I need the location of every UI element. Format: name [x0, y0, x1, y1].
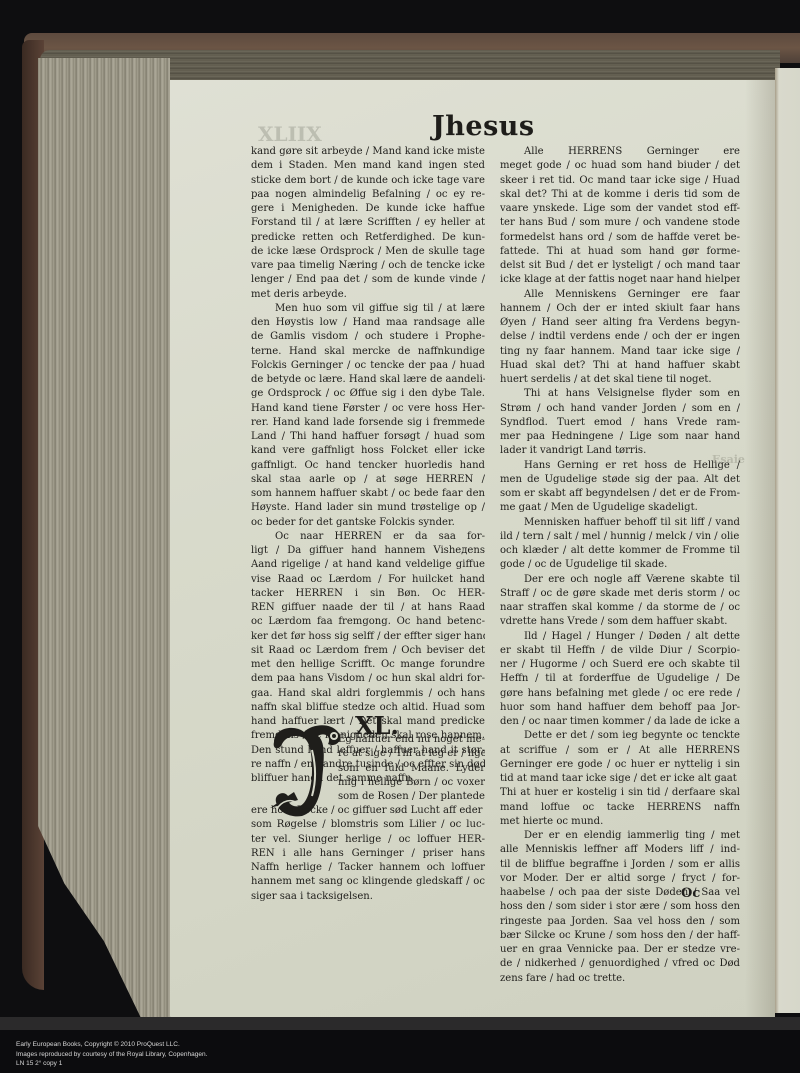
text-line: ter vel. Siunger herlige / oc loffuer HE…: [251, 833, 485, 847]
text-line: gode / oc de Ugudelige til skade.: [500, 558, 740, 572]
text-line: Aand rigelige / at hand kand veldelige g…: [251, 558, 485, 572]
text-line: och klæder / alt dette kommer de Fromme …: [500, 544, 740, 558]
text-line: predicke retten och Retferdighed. De kun…: [251, 231, 485, 245]
text-line: Thi at huer er kostelig i sin tid / derf…: [500, 786, 740, 800]
text-line: tid at mand taar icke sige / det er icke…: [500, 772, 740, 786]
text-line: kand vere gaffnligt hoss Folcket eller i…: [251, 444, 485, 458]
text-line: skeer i ret tid. Oc mand taar icke sige …: [500, 174, 740, 188]
text-line: skal staa aarle op / at søge HERREN /: [251, 473, 485, 487]
text-line: formedelst hans ord / som de haffde vere…: [500, 231, 740, 245]
text-line: Land / Thi hand haffuer forsøgt / huad s…: [251, 430, 485, 444]
text-line: lenger / End paa det / som de kunde vind…: [251, 273, 485, 287]
text-line: de icke læse Ordsprock / Men de skulle t…: [251, 245, 485, 259]
text-line: alle Menniskis leffner aff Moders liff /…: [500, 843, 740, 857]
text-line: huert serdelis / at det skal tiene til n…: [500, 373, 740, 387]
catchword: Oc: [681, 886, 700, 901]
left-text-column: kand gøre sit arbeyde / Mand kand icke m…: [251, 145, 485, 786]
running-title: Jhesus: [432, 111, 535, 142]
text-line: som de Rosen / Der plantede: [338, 790, 485, 804]
right-text-column: Alle HERRENS Gerninger eremeget gode / o…: [500, 145, 740, 986]
text-line: Oc naar HERREN er da saa for-: [251, 530, 485, 544]
text-line: Hans Gerning er ret hoss de Hellige /: [500, 459, 740, 473]
text-line: uer en graa Vennicke paa. Der er stedze …: [500, 943, 740, 957]
text-line: Syndflod. Tuert emod / hans Vrede ram-: [500, 416, 740, 430]
text-line: mand loffue oc tacke HERRENS naffn: [500, 801, 740, 815]
text-line: ter hans Bud / som mure / och vandene st…: [500, 216, 740, 230]
text-line: sticke dem bort / de kunde och icke tage…: [251, 174, 485, 188]
text-line: gaffnligt. Oc hand tencker huorledis han…: [251, 459, 485, 473]
text-line: paa nogen almindelig Befalning / oc ey r…: [251, 188, 485, 202]
text-line: Thi at hans Velsignelse flyder som en: [500, 387, 740, 401]
facing-page-edge: [775, 68, 800, 1013]
text-line: REN giffuer naade der til / at hans Raad: [251, 601, 485, 615]
text-line: Ild / Hagel / Hunger / Døden / alt dette: [500, 630, 740, 644]
text-line: er skabt til Heffn / de vilde Diur / Sco…: [500, 644, 740, 658]
text-line: Heffn / til at forderffue de Ugudelige /…: [500, 672, 740, 686]
text-line: Der ere och nogle aff Værene skabte til: [500, 573, 740, 587]
scan-bottom-bar: [0, 1017, 800, 1030]
text-line: Folckis Gerninger / oc tencke der paa / …: [251, 359, 485, 373]
text-line: dem i Staden. Men mand kand ingen sted: [251, 159, 485, 173]
text-line: vare paa timelig Næring / och de tencke …: [251, 259, 485, 273]
text-line: de betyde oc lære. Hand skal lære de aan…: [251, 373, 485, 387]
show-through-folio: XLIIX: [258, 122, 322, 146]
text-line: ker det før hoss sig selff / der effter …: [251, 630, 485, 644]
text-line: met den hellige Scrifft. Oc mange forund…: [251, 658, 485, 672]
text-line: som Røgelse / blomstris som Lilier / oc …: [251, 818, 485, 832]
text-line: re at sige / Thi at ieg er / lige: [338, 747, 485, 761]
scanned-book-image: XLIIX Esaie Jhesus kand gøre sit arbeyde…: [0, 0, 800, 1030]
text-line: Men huo som vil giffue sig til / at lære: [251, 302, 485, 316]
text-line: bær Silcke oc Krune / som hoss den / der…: [500, 929, 740, 943]
text-line: fattede. Thi at huad som hand gør forme-: [500, 245, 740, 259]
footer-shelfmark: LN 15 2° copy 1: [16, 1059, 207, 1069]
text-line: mig i hellige Børn / oc voxer: [338, 776, 485, 790]
text-line: tacker HERREN i sin Bøn. Oc HER-: [251, 587, 485, 601]
text-line: met deris arbeyde.: [251, 288, 485, 302]
text-line: kand gøre sit arbeyde / Mand kand icke m…: [251, 145, 485, 159]
text-line: vdrette hans Vrede / som dem haffuer ska…: [500, 615, 740, 629]
text-line: oc Lærdom faa fremgong. Oc hand betenc-: [251, 615, 485, 629]
text-line: vaare ynskede. Lige som der vandet stod …: [500, 202, 740, 216]
text-line: delst sit Bud / det er lysteligt / och m…: [500, 259, 740, 273]
text-line: siger saa i tacksigelsen.: [251, 890, 485, 904]
text-line: REN i alle hans Gerninger / priser hans: [251, 847, 485, 861]
text-line: ner / Hugorme / och Suerd ere och skabte…: [500, 658, 740, 672]
text-line: mer paa Hedningene / Lige som naar hand: [500, 430, 740, 444]
text-line: ligt / Da giffuer hand hannem Visheдens: [251, 544, 485, 558]
text-line: men de Ugudelige støde sig der paa. Alt …: [500, 473, 740, 487]
text-line: den Høystis low / Hand maa randsage alle: [251, 316, 485, 330]
text-line: dem paa hans Visdom / oc hun skal aldri …: [251, 672, 485, 686]
text-line: at scriffue / som er / At alle HERRENS: [500, 744, 740, 758]
text-line: delse / indtil verdens ende / och der er…: [500, 330, 740, 344]
text-line: Menniskеn haffuer behoff til sit liff / …: [500, 516, 740, 530]
text-line: skal det? Thi at de komme i deris tid so…: [500, 188, 740, 202]
text-line: terne. Hand skal mercke de naffnkundige: [251, 345, 485, 359]
text-line: Øyen / Hand seer alting fra Verdens begy…: [500, 316, 740, 330]
text-line: met hierte oc mund.: [500, 815, 740, 829]
text-line: Der er en elendig iammerlig ting / met: [500, 829, 740, 843]
text-line: huor som hand haffuer dem behoff paa Jor…: [500, 701, 740, 715]
text-line: gere i Menigheden. De kunde icke haffue: [251, 202, 485, 216]
text-line: Høyste. Hand lader sin mund trøsteligе o…: [251, 501, 485, 515]
text-line: Hand kand tiene Førster / oc vere hoss H…: [251, 402, 485, 416]
text-line: Huad skal det? Thi at hand haffuer skabt: [500, 359, 740, 373]
text-line: sit Raad oc Lærdom frem / Och beviser de…: [251, 644, 485, 658]
text-line: ge Ordsprock / oc Øffue sig i den dybe T…: [251, 387, 485, 401]
text-line: gaa. Hand skal aldri forglemmis / och ha…: [251, 687, 485, 701]
text-line: hoss den / som sider i stor ære / som ho…: [500, 900, 740, 914]
text-line: meget gode / oc huad som hand biuder / d…: [500, 159, 740, 173]
text-line: Strøm / och hand vander Jorden / som en …: [500, 402, 740, 416]
text-line: rer. Hand kand lade forsende sig i fremm…: [251, 416, 485, 430]
copyright-footer: Early European Books, Copyright © 2010 P…: [16, 1040, 207, 1069]
chapter-opening-lines: Eg haffuer end nu noget me-re at sige / …: [338, 733, 485, 804]
text-line: oc beder for det gantske Folckis synder.: [251, 516, 485, 530]
text-line: vor Moder. Der er altid sorge / fryct / …: [500, 872, 740, 886]
text-line: ting ny faar hannem. Mand taar icke sige…: [500, 345, 740, 359]
text-line: til de bliffue begraffne i Jorden / som …: [500, 858, 740, 872]
text-line: som en fuld Maane. Lyder: [338, 762, 485, 776]
text-line: Naffn herlige / Tacker hannem och loffue…: [251, 861, 485, 875]
text-line: ild / tern / salt / mel / hunnig / melck…: [500, 530, 740, 544]
gutter-shadow: [745, 80, 775, 1018]
text-line: Straff / oc de gøre skade met deris stor…: [500, 587, 740, 601]
text-line: Forstand til / at lære Scrifften / ey he…: [251, 216, 485, 230]
footer-courtesy: Images reproduced by courtesy of the Roy…: [16, 1050, 207, 1060]
text-line: de Gamlis visdom / och studere i Prophe-: [251, 330, 485, 344]
text-line: gøre hans befalning met glede / oc ere r…: [500, 687, 740, 701]
text-line: Alle Menniskens Gerninger ere faar: [500, 288, 740, 302]
text-line: Gerninger ere gode / oc huer er nyttelig…: [500, 758, 740, 772]
text-line: ere hoss Becke / oc giffuer sød Lucht af…: [251, 804, 485, 818]
text-line: vise Raad oc Lærdom / For huilcket hand: [251, 573, 485, 587]
text-line: me gaat / Men de Ugudelige skadeligt.: [500, 501, 740, 515]
text-line: som hannem haffuer skabt / oc bede faar …: [251, 487, 485, 501]
text-line: icke klage at der fattis noget naar hand…: [500, 273, 740, 287]
text-line: hannem / Och der er inted skiult faar ha…: [500, 302, 740, 316]
chapter-body-lines: ere hoss Becke / oc giffuer sød Lucht af…: [251, 804, 485, 904]
text-line: Eg haffuer end nu noget me-: [338, 733, 485, 747]
text-line: de / nidkerhed / genuordighed / vfred oc…: [500, 957, 740, 971]
text-line: den / oc naar timen kommer / da lade de …: [500, 715, 740, 729]
footer-copyright: Early European Books, Copyright © 2010 P…: [16, 1040, 207, 1050]
text-line: Dette er det / som ieg begynte oc tenckt…: [500, 729, 740, 743]
page-fore-edge: [38, 58, 170, 1018]
text-line: haabelse / och paa der siste Døden / Saa…: [500, 886, 740, 900]
text-line: hannem met sang oc klingende gledskaff /…: [251, 875, 485, 889]
text-line: som er skabt aff begyndelsen / det er de…: [500, 487, 740, 501]
text-line: naar straffen skal komme / da storme de …: [500, 601, 740, 615]
text-line: ringeste paa Jorden. Saa vel hoss den / …: [500, 915, 740, 929]
text-line: lader it vandrigt Land tørris.: [500, 444, 740, 458]
text-line: Alle HERRENS Gerninger ere: [500, 145, 740, 159]
text-line: zens fare / had oc trette.: [500, 972, 740, 986]
